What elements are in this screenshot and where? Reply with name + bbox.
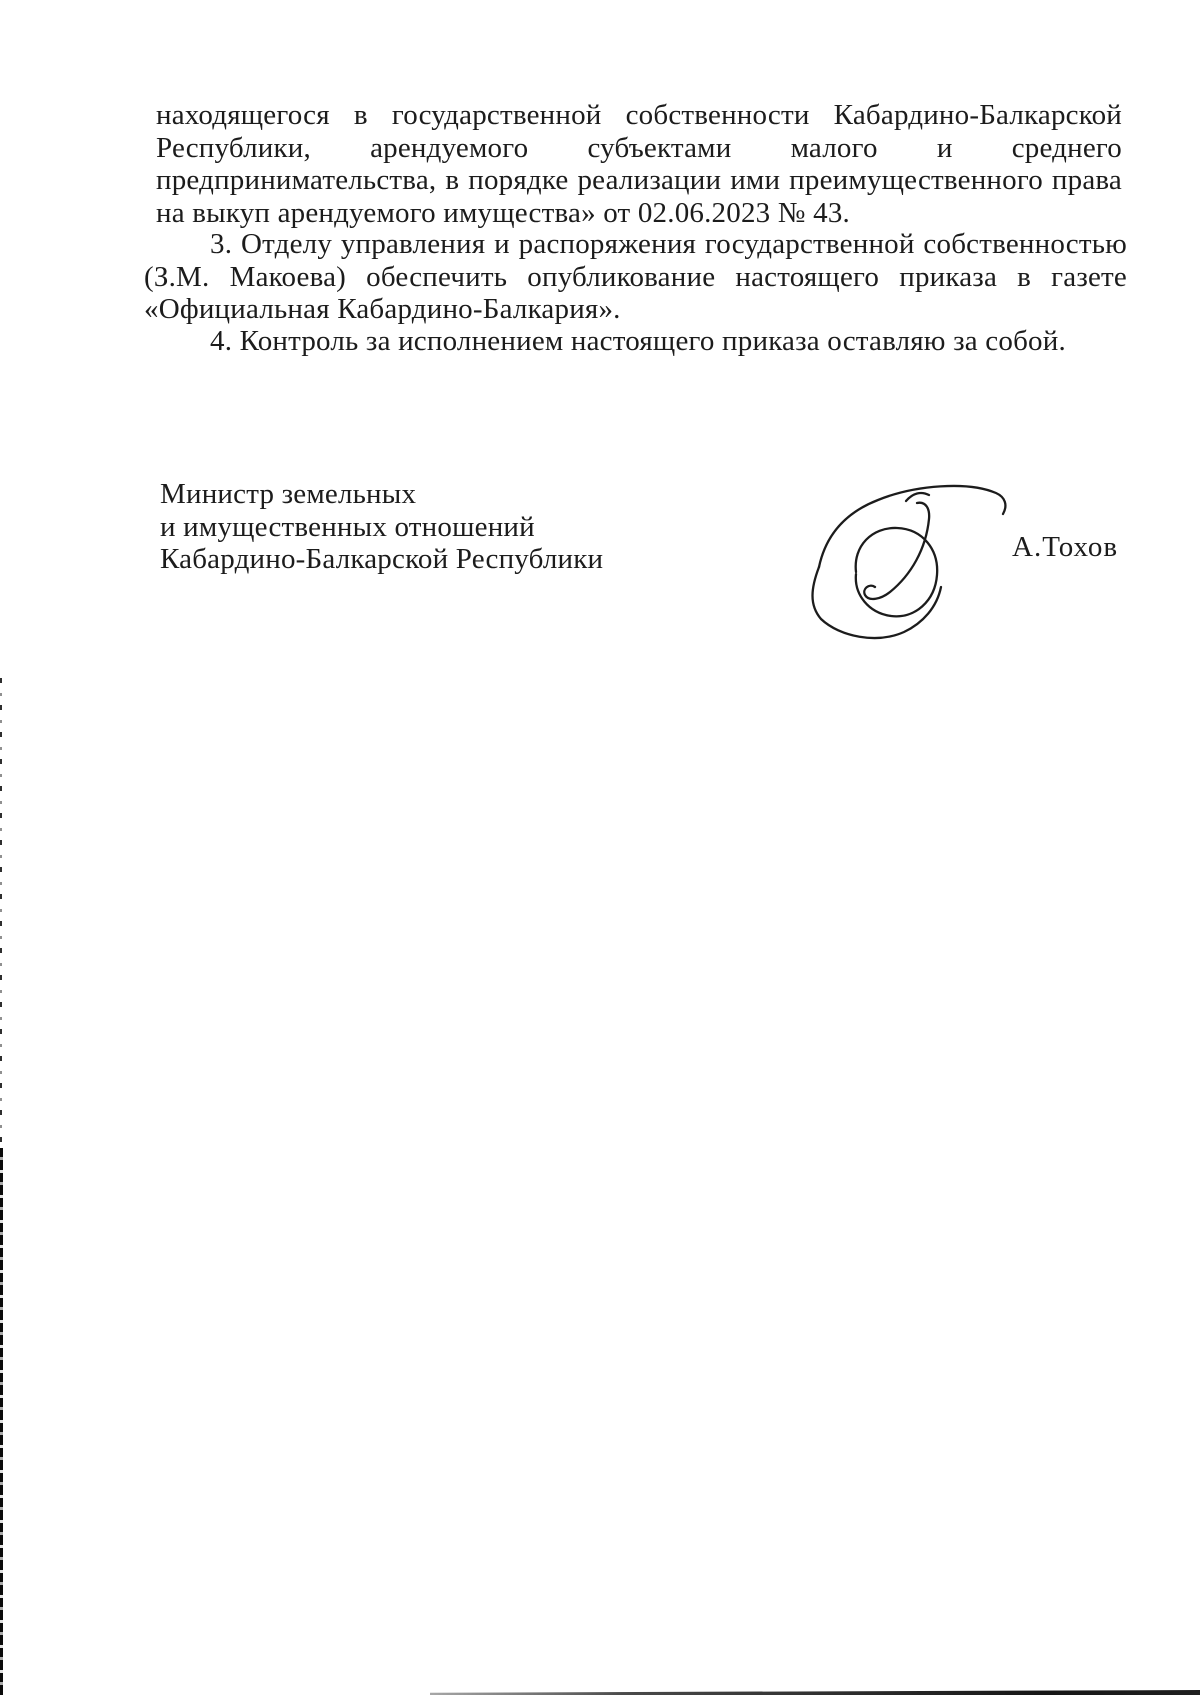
signer-title-line: Кабардино-Балкарской Республики	[160, 543, 720, 576]
signer-title-line: Министр земельных	[160, 478, 720, 511]
scan-artifact-bottom-edge	[430, 1690, 1200, 1695]
signature-stroke	[819, 486, 1005, 567]
scanned-document-page: находящегося в государственной собственн…	[0, 0, 1200, 1695]
scan-artifact-left-edge-lower	[0, 1148, 3, 1695]
body-line: Республики, арендуемого субъектами малог…	[156, 132, 1122, 165]
signature-stroke	[856, 528, 937, 616]
signature-stroke	[813, 567, 942, 638]
paragraph-item-3: 3. Отделу управления и распоряжения госу…	[144, 228, 1127, 326]
body-line: 4. Контроль за исполнением настоящего пр…	[144, 325, 1127, 358]
handwritten-signature	[795, 443, 1025, 653]
signer-name: А.Тохов	[1012, 531, 1118, 564]
signer-title-block: Министр земельных и имущественных отноше…	[160, 478, 720, 576]
body-line: находящегося в государственной собственн…	[156, 99, 1122, 132]
body-line: (З.М. Макоева) обеспечить опубликование …	[144, 261, 1127, 294]
body-line: «Официальная Кабардино-Балкария».	[144, 293, 1127, 326]
paragraph-item-4: 4. Контроль за исполнением настоящего пр…	[144, 325, 1127, 358]
signature-stroke	[906, 493, 929, 501]
body-line: на выкуп арендуемого имущества» от 02.06…	[156, 197, 1122, 230]
signer-title-line: и имущественных отношений	[160, 511, 720, 544]
signature-stroke	[864, 503, 929, 599]
body-line: 3. Отделу управления и распоряжения госу…	[144, 228, 1127, 261]
scan-artifact-left-edge-upper	[0, 678, 2, 1148]
body-line: предпринимательства, в порядке реализаци…	[156, 164, 1122, 197]
paragraph-continuation: находящегося в государственной собственн…	[156, 99, 1122, 229]
